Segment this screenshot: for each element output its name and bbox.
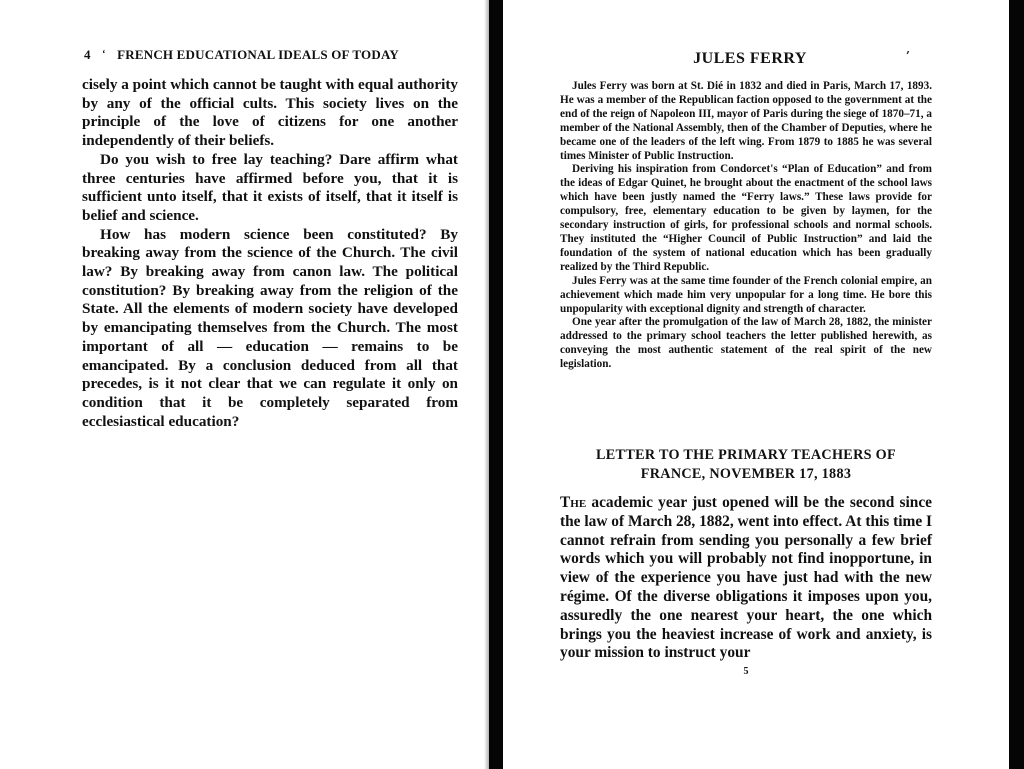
page-number: 4 — [84, 47, 91, 62]
paragraph: Do you wish to free lay teaching? Dare a… — [82, 151, 458, 226]
intro-paragraph: Jules Ferry was born at St. Dié in 1832 … — [560, 80, 932, 163]
running-head-title: FRENCH EDUCATIONAL IDEALS OF TODAY — [117, 47, 399, 62]
paragraph: How has modern science been constituted?… — [82, 226, 458, 432]
letter-heading-line: FRANCE, NOVEMBER 17, 1883 — [560, 465, 932, 484]
letter-heading-line: LETTER TO THE PRIMARY TEACHERS OF — [560, 446, 932, 465]
letter-heading: LETTER TO THE PRIMARY TEACHERS OF FRANCE… — [560, 446, 932, 484]
page-folio: 5 — [503, 666, 989, 677]
intro-paragraph: Jules Ferry was at the same time founder… — [560, 275, 932, 317]
running-head: 4 ‘ FRENCH EDUCATIONAL IDEALS OF TODAY — [84, 47, 464, 63]
paragraph: cisely a point which cannot be taught wi… — [82, 76, 458, 151]
letter-body: The academic year just opened will be th… — [560, 494, 932, 663]
letter-paragraph: The academic year just opened will be th… — [560, 494, 932, 663]
left-page-body: cisely a point which cannot be taught wi… — [82, 76, 458, 431]
intro-paragraph: Deriving his inspiration from Condorcet'… — [560, 163, 932, 274]
letter-text: academic year just opened will be the se… — [560, 494, 932, 661]
printer-mark: ’ — [906, 49, 910, 62]
biographical-intro: Jules Ferry was born at St. Dié in 1832 … — [560, 80, 932, 372]
lead-word: The — [560, 494, 586, 511]
intro-paragraph: One year after the promulgation of the l… — [560, 316, 932, 372]
book-edge — [1009, 0, 1024, 769]
chapter-title: JULES FERRY — [503, 50, 1009, 68]
printer-mark: ‘ — [102, 49, 106, 60]
book-gutter — [489, 0, 503, 769]
book-spread: 4 ‘ FRENCH EDUCATIONAL IDEALS OF TODAY c… — [0, 0, 1024, 769]
